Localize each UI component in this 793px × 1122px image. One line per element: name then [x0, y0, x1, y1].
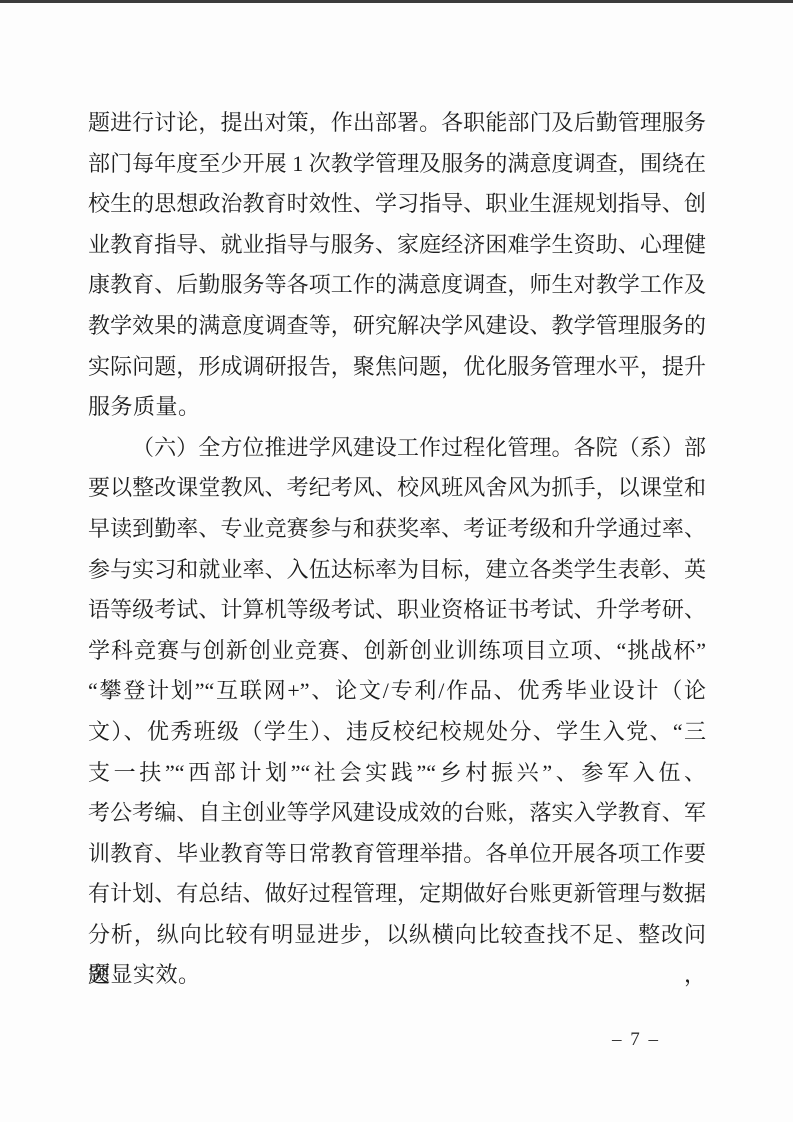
- document-page: { "doc": { "lines": [ "题进行讨论，提出对策，作出部署。各…: [0, 0, 793, 1122]
- paragraph-item-six-process-management: （六）全方位推进学风建设工作过程化管理。各院（系）部 要以整改课堂教风、考纪考风…: [88, 428, 706, 996]
- body-line: 有计划、有总结、做好过程管理，定期做好台账更新管理与数据: [88, 874, 706, 915]
- body-line: 文）、优秀班级（学生）、违反校纪校规处分、学生入党、“三: [88, 712, 706, 753]
- body-line: 实际问题，形成调研报告，聚焦问题，优化服务管理水平，提升: [88, 347, 706, 388]
- body-line: 语等级考试、计算机等级考试、职业资格证书考试、升学考研、: [88, 590, 706, 631]
- body-line: 早读到勤率、专业竞赛参与和获奖率、考证考级和升学通过率、: [88, 509, 706, 550]
- body-line: （六）全方位推进学风建设工作过程化管理。各院（系）部: [88, 428, 706, 469]
- body-line: 要以整改课堂教风、考纪考风、校风班风舍风为抓手，以课堂和: [88, 468, 706, 509]
- body-line: 题进行讨论，提出对策，作出部署。各职能部门及后勤管理服务: [88, 103, 706, 144]
- body-line: 学科竞赛与创新创业竞赛、创新创业训练项目立项、“挑战杯”: [88, 631, 706, 672]
- page-number: – 7 –: [612, 1028, 660, 1052]
- body-line: 支一扶”“西部计划”“社会实践”“乡村振兴”、参军入伍、: [88, 753, 706, 794]
- body-line: 康教育、后勤服务等各项工作的满意度调查，师生对教学工作及: [88, 265, 706, 306]
- body-line: 校生的思想政治教育时效性、学习指导、职业生涯规划指导、创: [88, 184, 706, 225]
- body-line: 教学效果的满意度调查等，研究解决学风建设、教学管理服务的: [88, 306, 706, 347]
- paragraph-satisfaction-survey: 题进行讨论，提出对策，作出部署。各职能部门及后勤管理服务 部门每年度至少开展 1…: [88, 103, 706, 428]
- body-line: 业教育指导、就业指导与服务、家庭经济困难学生资助、心理健: [88, 225, 706, 266]
- body-line: 服务质量。: [88, 387, 706, 428]
- body-line: “攀登计划”“互联网+”、论文/专利/作品、优秀毕业设计（论: [88, 671, 706, 712]
- scan-edge-artifact: [0, 0, 793, 3]
- body-line: 考公考编、自主创业等学风建设成效的台账，落实入学教育、军: [88, 793, 706, 834]
- body-line: 部门每年度至少开展 1 次教学管理及服务的满意度调查，围绕在: [88, 144, 706, 185]
- body-line: 训教育、毕业教育等日常教育管理举措。各单位开展各项工作要: [88, 834, 706, 875]
- body-text: 题进行讨论，提出对策，作出部署。各职能部门及后勤管理服务 部门每年度至少开展 1…: [88, 103, 706, 996]
- body-line: 参与实习和就业率、入伍达标率为目标，建立各类学生表彰、英: [88, 550, 706, 591]
- body-line: 分析，纵向比较有明显进步，以纵横向比较查找不足、整改问题，: [88, 915, 706, 956]
